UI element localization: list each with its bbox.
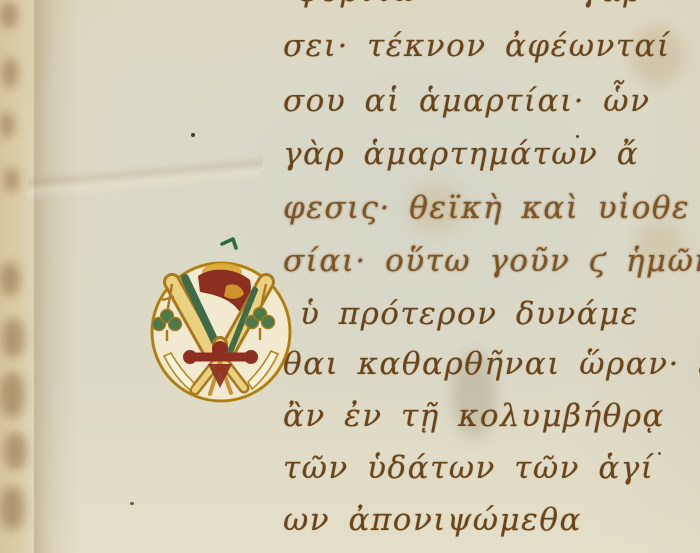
text-line: θαι καθαρθῆναι ὥραν· ἕως — [283, 346, 700, 382]
text-line: σίαι· οὕτω γοῦν ϛ ἡμῶν — [283, 243, 700, 279]
green-pen-mark-icon — [219, 235, 243, 255]
illuminated-initial-medallion-icon — [138, 256, 304, 408]
text-line: σει· τέκνον ἀφέωνταί — [283, 28, 671, 64]
text-line: ων ἀπονιψώμεθα — [283, 502, 582, 538]
manuscript-page-photo: ϕοριτω γάρ σει· τέκνον ἀφέωνταί σου αἱ ἁ… — [0, 0, 700, 553]
ink-speck — [658, 452, 661, 455]
text-line: ὑ πρότερον δυνάμε — [300, 296, 639, 332]
page-edge-shadow — [34, 0, 80, 553]
text-line: ϕοριτω γάρ — [298, 0, 643, 9]
text-line: γὰρ ἁμαρτημάτων ἄ — [283, 136, 639, 172]
text-line: τῶν ὑδάτων τῶν ἁγί — [283, 450, 654, 486]
text-line: φεσις· θεϊκὴ καὶ υἱοθε — [283, 190, 690, 226]
ink-speck — [191, 133, 195, 137]
ink-speck — [130, 502, 134, 505]
text-line: ἂν ἐν τῇ κολυμβήθρᾳ — [283, 398, 665, 434]
text-line: σου αἱ ἁμαρτίαι· ὧν — [283, 83, 650, 119]
